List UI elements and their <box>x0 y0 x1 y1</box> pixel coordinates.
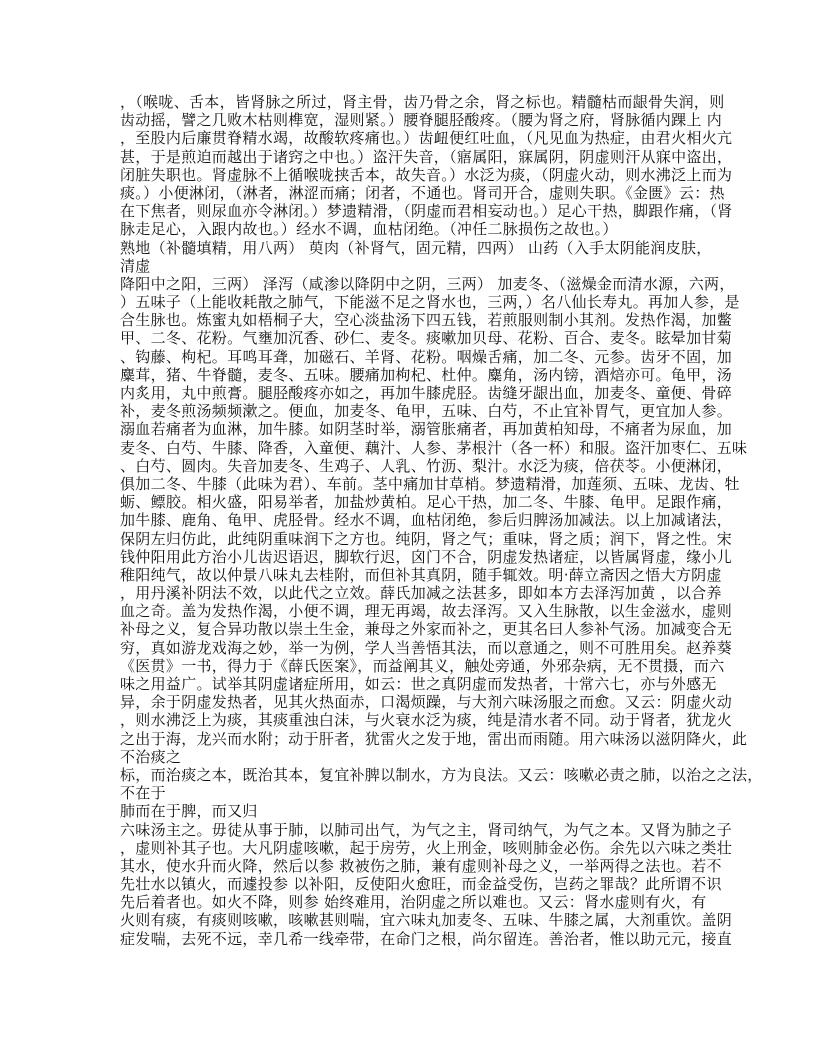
text-line: ，则水沸泛上为痰，其痰重浊白沫，与火衰水泛为痰，纯是清水者不同。动于肾者，犹龙火 <box>120 711 720 729</box>
text-line: 蛎、鳔胶。相火盛，阳易举者，加盐炒黄柏。足心干热，加二冬、牛膝、龟甲。足跟作痛， <box>120 493 720 511</box>
text-line: 血之奇。盖为发热作渴，小便不调，理无再竭，故去泽泻。又入生脉散，以生金滋水，虚则 <box>120 602 720 620</box>
text-line: 症发喘，去死不远，幸几希一线牵带，在命门之根，尚尔留连。善治者，惟以助元元，接直 <box>120 930 720 948</box>
text-line: 补母之义，复合异功散以崇土生金，兼母之外家而补之，更其名曰人参补气汤。加减变合无 <box>120 620 720 638</box>
text-line: 闭脏失职也。肾虚脉不上循喉咙挟舌本，故失音。）水泛为痰，（阴虚火动，则水沸泛上而… <box>120 166 720 184</box>
text-line: 麋茸，猪、牛脊髓，麦冬、五味。腰痛加枸杞、杜仲。麋角，汤内镑，酒焙亦可。龟甲，汤 <box>120 366 720 384</box>
text-line: 肺而在于脾，而又归 <box>120 802 720 820</box>
text-line: 加牛膝、鹿角、龟甲、虎胫骨。经水不调，血枯闭绝，参后归脾汤加减法。以上加减诸法， <box>120 511 720 529</box>
text-line: 齿动摇，譬之几败木枯则榫宽，湿则紧。）腰脊腿胫酸疼。（腰为肾之府，肾脉循内踝上 … <box>120 111 720 129</box>
text-line: ，用丹溪补阴法不效，以此代之立效。薛氏加减之法甚多，即如本方去泽泻加黄 ，以合养 <box>120 584 720 602</box>
text-line: 熟地（补髓填精，用八两） 萸肉（补肾气，固元精，四两） 山药（入手太阴能润皮肤， <box>120 239 720 257</box>
document-page: ，（喉咙、舌本，皆肾脉之所过，肾主骨，齿乃骨之余，肾之标也。精髓枯而龈骨失润，则… <box>120 93 720 948</box>
text-line: 穷，真如游龙戏海之妙，举一为例，学人当善悟其法，而以意通之，则不可胜用矣。赵养葵 <box>120 639 720 657</box>
text-line: 痰。）小便淋闭，（淋者，淋涩而痛；闭者，不通也。肾司开合，虚则失职。《金匮》云：… <box>120 184 720 202</box>
text-line: 之出于海，龙兴而水附；动于肝者，犹雷火之发于地，雷出而雨随。用六味汤以滋阴降火，… <box>120 730 720 748</box>
text-line: 味之用益广。试举其阴虚诸症所用，如云：世之真阴虚而发热者，十常六七，亦与外感无 <box>120 675 720 693</box>
text-line: ，至股内后廉贯脊精水竭，故酸软疼痛也。）齿衄便红吐血，（凡见血为热症，由君火相火… <box>120 129 720 147</box>
text-line: 标，而治痰之本，既治其本，复宜补脾以制水，方为良法。又云：咳嗽必责之肺，以治之之… <box>120 766 720 784</box>
text-line: 先壮水以镇火，而遽投参 以补阳，反使阳火愈旺，而金益受伤，岂药之罪哉？此所谓不识 <box>120 875 720 893</box>
text-line: 六味汤主之。毋徒从事于肺，以肺司出气，为气之主，肾司纳气，为气之本。又肾为肺之子 <box>120 821 720 839</box>
text-line: 火则有痰，有痰则咳嗽，咳嗽甚则喘，宜六味丸加麦冬、五味、牛膝之属，大剂重饮。盖阴 <box>120 911 720 929</box>
text-line: ，虚则补其子也。大凡阴虚咳嗽，起于房劳，火上刑金，咳则肺金必伤。余先以六味之类壮 <box>120 839 720 857</box>
text-line: 麦冬、白芍、牛膝、降香，入童便、藕汁、人参、茅根汁（各一杯）和服。盗汗加枣仁、五… <box>120 439 720 457</box>
text-line: 、钩藤、枸杞。耳鸣耳聋，加磁石、羊肾、花粉。咽燥舌痛，加二冬、元参。齿牙不固，加 <box>120 348 720 366</box>
text-line: 溺血若痛者为血淋，加牛膝。如阴茎时举，溺管胀痛者，再加黄柏知母，不痛者为尿血，加 <box>120 420 720 438</box>
text-line: 内炙用，丸中煎膏。腿胫酸疼亦如之，再加牛膝虎胫。齿缝牙龈出血，加麦冬、童便、骨碎 <box>120 384 720 402</box>
text-line: ）五味子（上能收耗散之肺气，下能滋不足之肾水也，三两，）名八仙长寿丸。再加人参，… <box>120 293 720 311</box>
text-line: 、白芍、圆肉。失音加麦冬、生鸡子、人乳、竹沥、梨汁。水泛为痰，倍茯苓。小便淋闭， <box>120 457 720 475</box>
text-line: 脉走足心，入跟内故也。）经水不调，血枯闭绝。（冲任二脉损伤之故也。） <box>120 220 720 238</box>
text-line: 其水，使水升而火降，然后以参 救被伤之肺，兼有虚则补母之义，一举两得之法也。若不 <box>120 857 720 875</box>
text-line: 先后着者也。如火不降，则参 始终难用，治阴虚之所以难也。又云：肾水虚则有火，有 <box>120 893 720 911</box>
text-line: 降阳中之阳，三两） 泽泻（咸渗以降阴中之阴，三两） 加麦冬、（滋燥金而清水源，六… <box>120 275 720 293</box>
text-line: 稚阳纯气，故以仲景八味丸去桂附，而但补其真阴，随手辄效。明·薛立斋因之悟大方阴虚 <box>120 566 720 584</box>
text-line: 保阴左归仿此，此纯阴重味润下之方也。纯阴，肾之气；重味，肾之质；润下，肾之性。宋 <box>120 530 720 548</box>
text-line: 钱仲阳用此方治小儿齿迟语迟，脚软行迟，囟门不合，阴虚发热诸症，以皆属肾虚，缘小儿 <box>120 548 720 566</box>
text-line: 《医贯》一书，得力于《薛氏医案》，而益阐其义，触处旁通，外邪杂病，无不贯摄，而六 <box>120 657 720 675</box>
text-line: 补，麦冬煎汤频频漱之。便血，加麦冬、龟甲，五味、白芍，不止宜补胃气，更宜加人参。 <box>120 402 720 420</box>
text-line: 在下焦者，则尿血亦令淋闭。）梦遗精滑，（阴虚而君相妄动也。）足心干热，脚跟作痛，… <box>120 202 720 220</box>
text-line: 合生脉也。炼蜜丸如梧桐子大，空心淡盐汤下四五钱，若煎服则制小其剂。发热作渴，加鳖 <box>120 311 720 329</box>
text-line: 甲、二冬、花粉。气壅加沉香、砂仁、麦冬。痰嗽加贝母、花粉、百合、麦冬。眩晕加甘菊 <box>120 329 720 347</box>
text-line: 甚，于是煎迫而越出于诸窍之中也。）盗汗失音，（寤属阳，寐属阴，阴虚则汗从寐中盗出… <box>120 148 720 166</box>
text-line: ，（喉咙、舌本，皆肾脉之所过，肾主骨，齿乃骨之余，肾之标也。精髓枯而龈骨失润，则 <box>120 93 720 111</box>
text-line: 俱加二冬、牛膝（此味为君）、车前。茎中痛加甘草梢。梦遗精滑，加莲须、五味、龙齿、… <box>120 475 720 493</box>
text-line: 不治痰之 <box>120 748 720 766</box>
text-line: 不在于 <box>120 784 720 802</box>
text-line: 清虚 <box>120 257 720 275</box>
text-line: 异，余于阴虚发热者，见其火热面赤，口渴烦躁，与大剂六味汤服之而愈。又云：阴虚火动 <box>120 693 720 711</box>
